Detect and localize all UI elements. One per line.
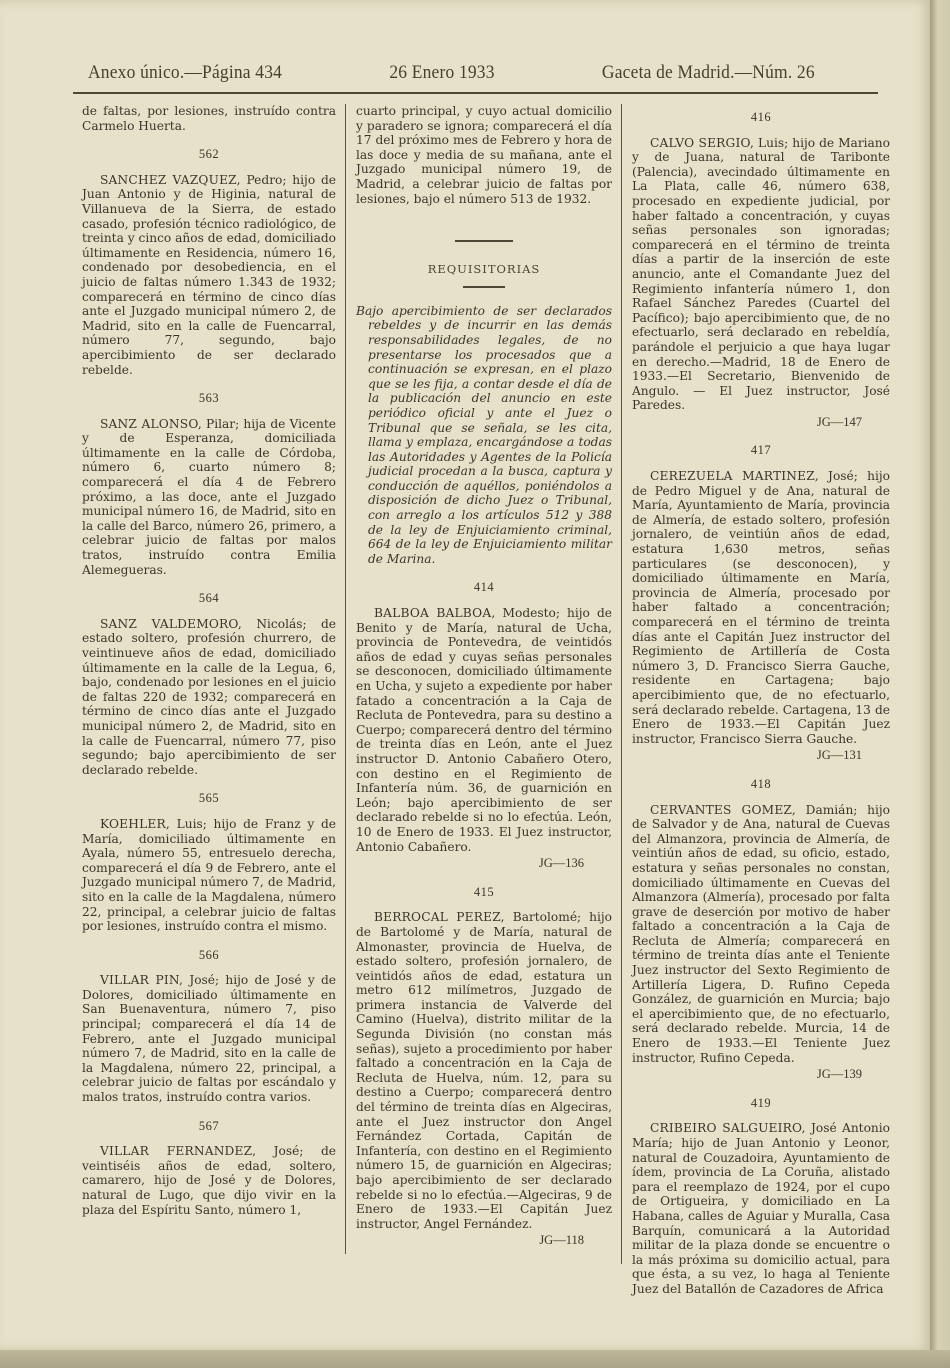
page-edge [930,0,950,1368]
person-name: SANCHEZ VAZQUEZ, [100,173,241,187]
edict-entry: 566 VILLAR PIN, José; hijo de José y de … [82,948,336,1105]
entry-number: 416 [632,110,890,125]
entry-text: Luis; hijo de Mariano y de Juana, natura… [632,136,890,413]
person-name: CERVANTES GOMEZ, [650,803,796,817]
edict-entry: 417 CEREZUELA MARTINEZ, José; hijo de Pe… [632,443,890,762]
entry-number: 565 [82,791,336,806]
newspaper-page: Anexo único.—Página 434 26 Enero 1933 Ga… [0,0,930,1350]
entry-text: José; hijo de José y de Dolores, domicil… [82,973,336,1104]
entry-text: Bartolomé; hijo de Bartolomé y de María,… [356,910,612,1230]
continuation-text: de faltas, por lesiones, instruído contr… [82,104,336,133]
entry-body: CRIBEIRO SALGUEIRO, José Antonio María; … [632,1121,890,1296]
entry-body: VILLAR FERNANDEZ, José; de veintiséis añ… [82,1144,336,1217]
entry-body: KOEHLER, Luis; hijo de Franz y de María,… [82,817,336,934]
person-name: SANZ VALDEMORO, [100,617,242,631]
entry-body: CERVANTES GOMEZ, Damián; hijo de Salvado… [632,803,890,1066]
entry-text: Nicolás; de estado soltero, profesión ch… [82,617,336,777]
edict-entry: 562 SANCHEZ VAZQUEZ, Pedro; hijo de Juan… [82,147,336,377]
edict-entry: 563 SANZ ALONSO, Pilar; hija de Vicente … [82,391,336,577]
entry-number: 562 [82,147,336,162]
reference-code: JG—118 [356,1233,612,1248]
continuation-text: cuarto principal, y cuyo actual domicili… [356,104,612,206]
entry-number: 566 [82,948,336,963]
column-divider [345,104,346,1254]
header-rule [73,92,878,94]
header-date: 26 Enero 1933 [389,62,494,84]
entry-number: 415 [356,885,612,900]
entry-body: BALBOA BALBOA, Modesto; hijo de Benito y… [356,606,612,854]
entry-number: 419 [632,1096,890,1111]
entry-body: CEREZUELA MARTINEZ, José; hijo de Pedro … [632,469,890,746]
page-header: Anexo único.—Página 434 26 Enero 1933 Ga… [88,62,815,92]
person-name: CRIBEIRO SALGUEIRO, [650,1121,806,1135]
edict-entry: 565 KOEHLER, Luis; hijo de Franz y de Ma… [82,791,336,933]
person-name: CEREZUELA MARTINEZ, [650,469,819,483]
entry-text: Modesto; hijo de Benito y de María, natu… [356,606,612,854]
edict-entry: 418 CERVANTES GOMEZ, Damián; hijo de Sal… [632,777,890,1082]
entry-number: 417 [632,443,890,458]
entry-body: SANZ ALONSO, Pilar; hija de Vicente y de… [82,417,336,578]
entry-body: VILLAR PIN, José; hijo de José y de Dolo… [82,973,336,1104]
page-edge [0,1350,950,1368]
entry-text: Pedro; hijo de Juan Antonio y de Higinia… [82,173,336,377]
entry-text: Pilar; hija de Vicente y de Esperanza, d… [82,417,336,577]
column-1: de faltas, por lesiones, instruído contr… [82,104,336,1217]
entry-body: CALVO SERGIO, Luis; hijo de Mariano y de… [632,136,890,413]
edict-entry: 564 SANZ VALDEMORO, Nicolás; de estado s… [82,591,336,777]
reference-code: JG—139 [632,1067,890,1082]
reference-code: JG—136 [356,856,612,871]
column-divider [621,104,622,1264]
entry-number: 414 [356,580,612,595]
person-name: VILLAR FERNANDEZ, [100,1144,256,1158]
reference-code: JG—147 [632,415,890,430]
section-rule [455,240,513,242]
entry-number: 563 [82,391,336,406]
person-name: CALVO SERGIO, [650,136,754,150]
entry-body: SANZ VALDEMORO, Nicolás; de estado solte… [82,617,336,778]
edict-entry: 416 CALVO SERGIO, Luis; hijo de Mariano … [632,110,890,429]
person-name: BALBOA BALBOA, [374,606,495,620]
entry-number: 567 [82,1119,336,1134]
entry-text: José Antonio María; hijo de Juan Antonio… [632,1121,890,1296]
header-publication: Gaceta de Madrid.—Núm. 26 [602,62,815,84]
person-name: VILLAR PIN, [100,973,183,987]
section-title: REQUISITORIAS [356,262,612,277]
entry-text: José; hijo de Pedro Miguel y de Ana, nat… [632,469,890,746]
person-name: KOEHLER, [100,817,170,831]
entry-number: 564 [82,591,336,606]
reference-code: JG—131 [632,748,890,763]
entry-body: SANCHEZ VAZQUEZ, Pedro; hijo de Juan Ant… [82,173,336,377]
entry-text: Damián; hijo de Salvador y de Ana, natur… [632,803,890,1065]
section-rule [463,286,505,288]
edict-entry: 567 VILLAR FERNANDEZ, José; de veintiséi… [82,1119,336,1218]
header-section-page: Anexo único.—Página 434 [88,62,282,84]
entry-number: 418 [632,777,890,792]
entry-body: BERROCAL PEREZ, Bartolomé; hijo de Barto… [356,910,612,1231]
column-3: 416 CALVO SERGIO, Luis; hijo de Mariano … [632,104,890,1297]
person-name: BERROCAL PEREZ, [374,910,505,924]
section-intro: Bajo apercibimiento de ser declarados re… [356,304,612,567]
edict-entry: 414 BALBOA BALBOA, Modesto; hijo de Beni… [356,580,612,870]
column-2: cuarto principal, y cuyo actual domicili… [356,104,612,1248]
edict-entry: 415 BERROCAL PEREZ, Bartolomé; hijo de B… [356,885,612,1248]
edict-entry: 419 CRIBEIRO SALGUEIRO, José Antonio Mar… [632,1096,890,1297]
person-name: SANZ ALONSO, [100,417,202,431]
entry-text: Luis; hijo de Franz y de María, domicili… [82,817,336,933]
